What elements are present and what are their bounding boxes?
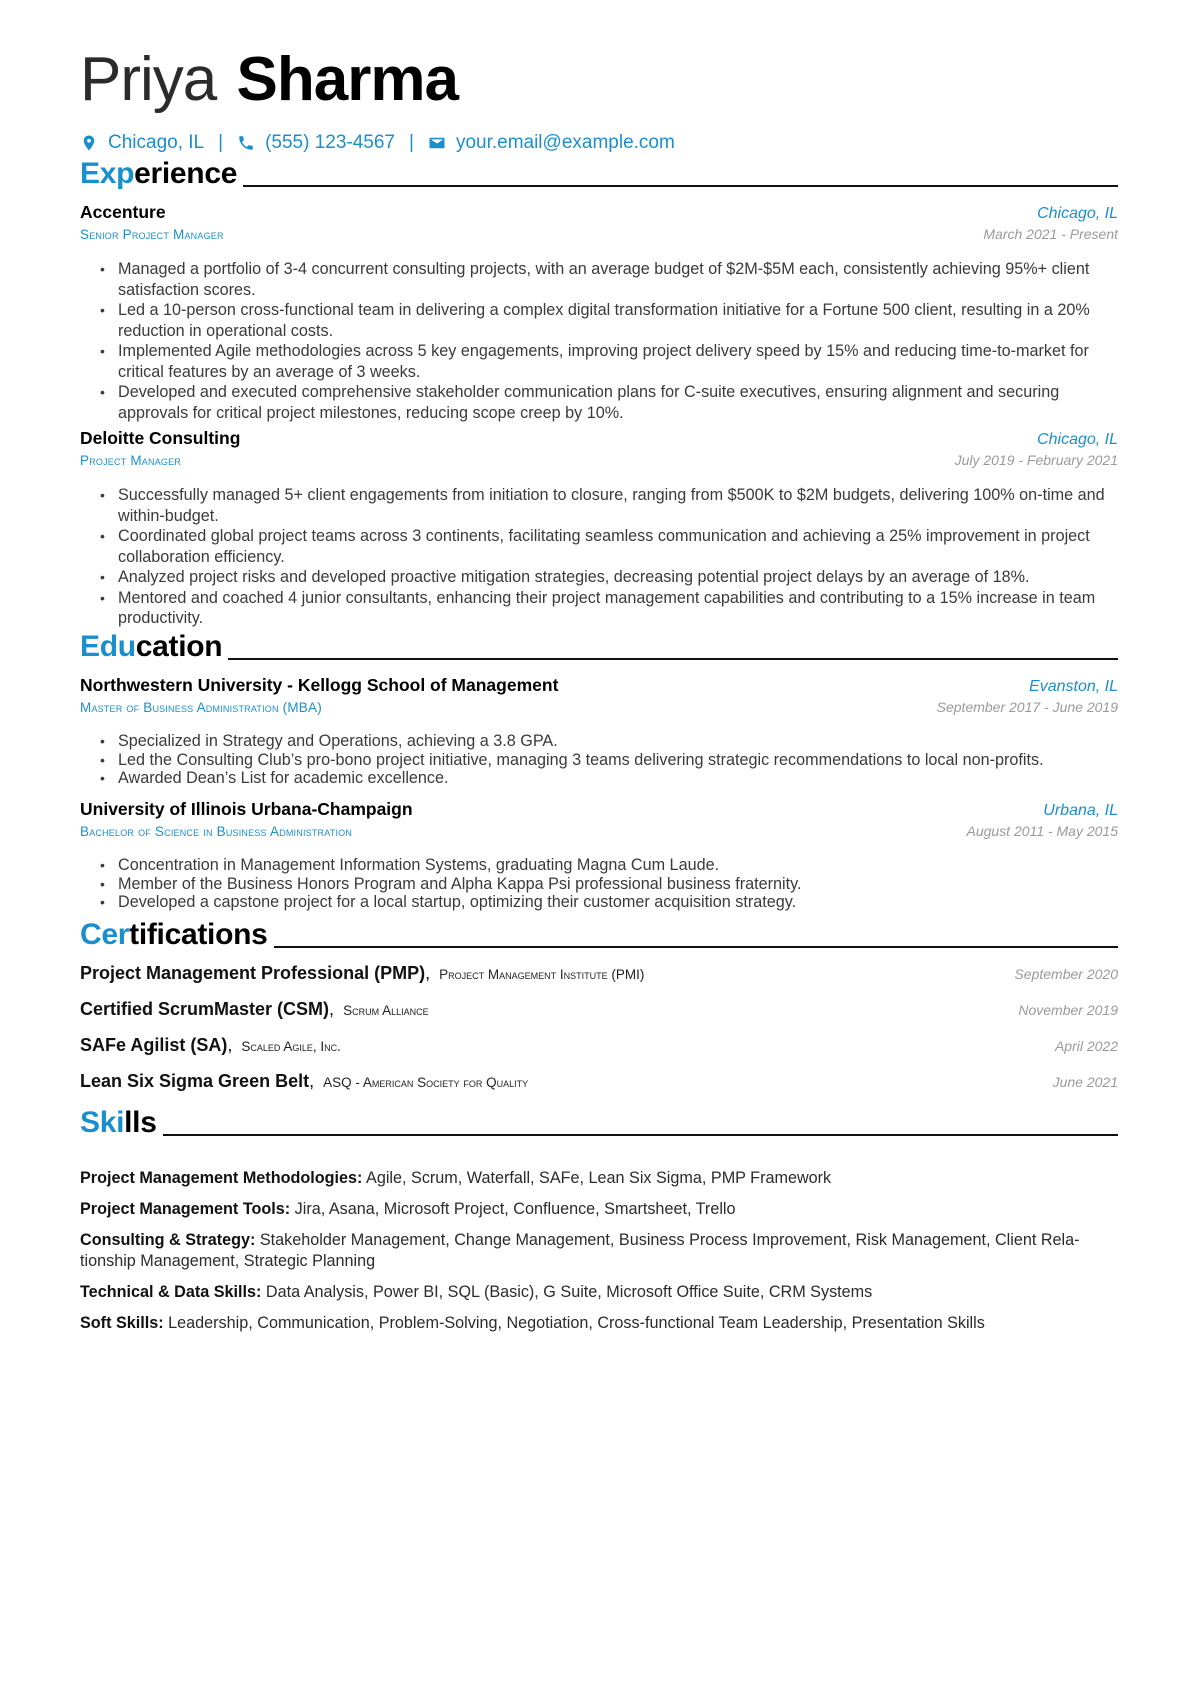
skill-row: Technical & Data Skills: Data Analysis, … (80, 1282, 1118, 1303)
education-entry: Northwestern University - Kellogg School… (80, 675, 1118, 788)
entry-location: Chicago, IL (1037, 431, 1118, 449)
candidate-name: Priya Sharma (80, 40, 458, 120)
bullet-item: Awarded Dean’s List for academic excelle… (118, 769, 1118, 788)
map-pin-icon (80, 134, 98, 152)
cert-issuer: Scrum Alliance (343, 1003, 429, 1018)
section-title: Skills (80, 1106, 157, 1140)
skill-value: Agile, Scrum, Waterfall, SAFe, Lean Six … (366, 1169, 831, 1187)
entry-dates: September 2017 - June 2019 (937, 699, 1118, 715)
email-link[interactable]: your.email@example.com (456, 132, 675, 154)
cert-name: Lean Six Sigma Green Belt (80, 1071, 309, 1091)
bullet-item: Concentration in Management Information … (118, 856, 1118, 875)
job-title: Project Manager (80, 453, 181, 468)
entry-dates: March 2021 - Present (983, 226, 1118, 242)
section-heading-skills: Skills (80, 1106, 1118, 1140)
bullet-item: Developed and executed comprehensive sta… (118, 382, 1118, 423)
skill-row: Soft Skills: Leadership, Communication, … (80, 1313, 1118, 1334)
section-title: Experience (80, 157, 237, 191)
section-heading-experience: Experience (80, 157, 1118, 191)
skill-value: Jira, Asana, Microsoft Project, Confluen… (295, 1200, 736, 1218)
experience-entry: Deloitte Consulting Chicago, IL Project … (80, 428, 1118, 629)
bullet-item: Developed a capstone project for a local… (118, 893, 1118, 912)
bullet-list: Successfully managed 5+ client engagemen… (80, 485, 1118, 629)
certification-item: Project Management Professional (PMP), P… (80, 963, 1118, 984)
bullet-list: Specialized in Strategy and Operations, … (80, 732, 1118, 788)
cert-issuer: Scaled Agile, Inc. (241, 1039, 341, 1054)
section-title: Certifications (80, 918, 268, 952)
skill-row: Project Management Tools: Jira, Asana, M… (80, 1199, 1118, 1220)
section-rule (243, 185, 1118, 187)
certification-item: SAFe Agilist (SA), Scaled Agile, Inc. Ap… (80, 1035, 1118, 1056)
phone-text[interactable]: (555) 123-4567 (265, 132, 395, 154)
job-title: Senior Project Manager (80, 227, 224, 242)
certification-item: Lean Six Sigma Green Belt, ASQ - America… (80, 1071, 1118, 1092)
degree: Master of Business Administration (MBA) (80, 700, 322, 715)
envelope-icon (428, 134, 446, 152)
cert-issuer: ASQ - American Society for Quality (323, 1075, 528, 1090)
cert-name: SAFe Agilist (SA) (80, 1035, 227, 1055)
location-text: Chicago, IL (108, 132, 204, 154)
cert-issuer: Project Management Institute (PMI) (439, 967, 644, 982)
school-name: University of Illinois Urbana-Champaign (80, 799, 413, 820)
contact-line: Chicago, IL | (555) 123-4567 | your.emai… (80, 132, 675, 154)
section-heading-education: Education (80, 630, 1118, 664)
section-rule (274, 946, 1118, 948)
bullet-list: Concentration in Management Information … (80, 856, 1118, 912)
section-rule (163, 1134, 1118, 1136)
skill-value: Leadership, Communication, Problem-Solvi… (168, 1314, 985, 1332)
experience-entry: Accenture Chicago, IL Senior Project Man… (80, 202, 1118, 423)
entry-location: Urbana, IL (1043, 802, 1118, 820)
cert-date: September 2020 (1014, 966, 1118, 982)
contact-separator: | (409, 132, 414, 154)
section-heading-certifications: Certifications (80, 918, 1118, 952)
education-entry: University of Illinois Urbana-Champaign … (80, 799, 1118, 912)
skills-list: Project Management Methodologies: Agile,… (80, 1168, 1118, 1344)
degree: Bachelor of Science in Business Administ… (80, 824, 352, 839)
bullet-item: Led a 10-person cross-functional team in… (118, 300, 1118, 341)
skill-label: Project Management Methodologies: (80, 1169, 362, 1187)
skill-row: Consulting & Strategy: Stakeholder Manag… (80, 1230, 1118, 1272)
bullet-list: Managed a portfolio of 3-4 concurrent co… (80, 259, 1118, 423)
bullet-item: Specialized in Strategy and Operations, … (118, 732, 1118, 751)
skill-value: Data Analysis, Power BI, SQL (Basic), G … (266, 1283, 872, 1301)
cert-name: Project Management Professional (PMP) (80, 963, 425, 983)
entry-dates: July 2019 - February 2021 (955, 452, 1118, 468)
first-name: Priya (80, 45, 216, 114)
skill-label: Technical & Data Skills: (80, 1283, 261, 1301)
contact-phone[interactable]: (555) 123-4567 (237, 132, 395, 154)
cert-date: June 2021 (1053, 1074, 1118, 1090)
bullet-item: Successfully managed 5+ client engagemen… (118, 485, 1118, 526)
contact-email[interactable]: your.email@example.com (428, 132, 675, 154)
bullet-item: Managed a portfolio of 3-4 concurrent co… (118, 259, 1118, 300)
bullet-item: Member of the Business Honors Program an… (118, 875, 1118, 894)
contact-separator: | (218, 132, 223, 154)
skill-row: Project Management Methodologies: Agile,… (80, 1168, 1118, 1189)
cert-date: November 2019 (1018, 1002, 1118, 1018)
phone-icon (237, 134, 255, 152)
bullet-item: Coordinated global project teams across … (118, 526, 1118, 567)
company-name: Accenture (80, 202, 166, 223)
section-rule (228, 658, 1118, 660)
entry-location: Evanston, IL (1029, 678, 1118, 696)
company-name: Deloitte Consulting (80, 428, 240, 449)
entry-location: Chicago, IL (1037, 205, 1118, 223)
bullet-item: Led the Consulting Club’s pro-bono proje… (118, 751, 1118, 770)
cert-name: Certified ScrumMaster (CSM) (80, 999, 329, 1019)
bullet-item: Mentored and coached 4 junior consultant… (118, 588, 1118, 629)
bullet-item: Analyzed project risks and developed pro… (118, 567, 1118, 588)
certification-item: Certified ScrumMaster (CSM), Scrum Allia… (80, 999, 1118, 1020)
skill-label: Consulting & Strategy: (80, 1231, 255, 1249)
last-name: Sharma (237, 45, 458, 114)
cert-date: April 2022 (1055, 1038, 1118, 1054)
bullet-item: Implemented Agile methodologies across 5… (118, 341, 1118, 382)
school-name: Northwestern University - Kellogg School… (80, 675, 558, 696)
contact-location: Chicago, IL (80, 132, 204, 154)
skill-label: Soft Skills: (80, 1314, 164, 1332)
section-title: Education (80, 630, 222, 664)
skill-label: Project Management Tools: (80, 1200, 290, 1218)
entry-dates: August 2011 - May 2015 (966, 823, 1118, 839)
